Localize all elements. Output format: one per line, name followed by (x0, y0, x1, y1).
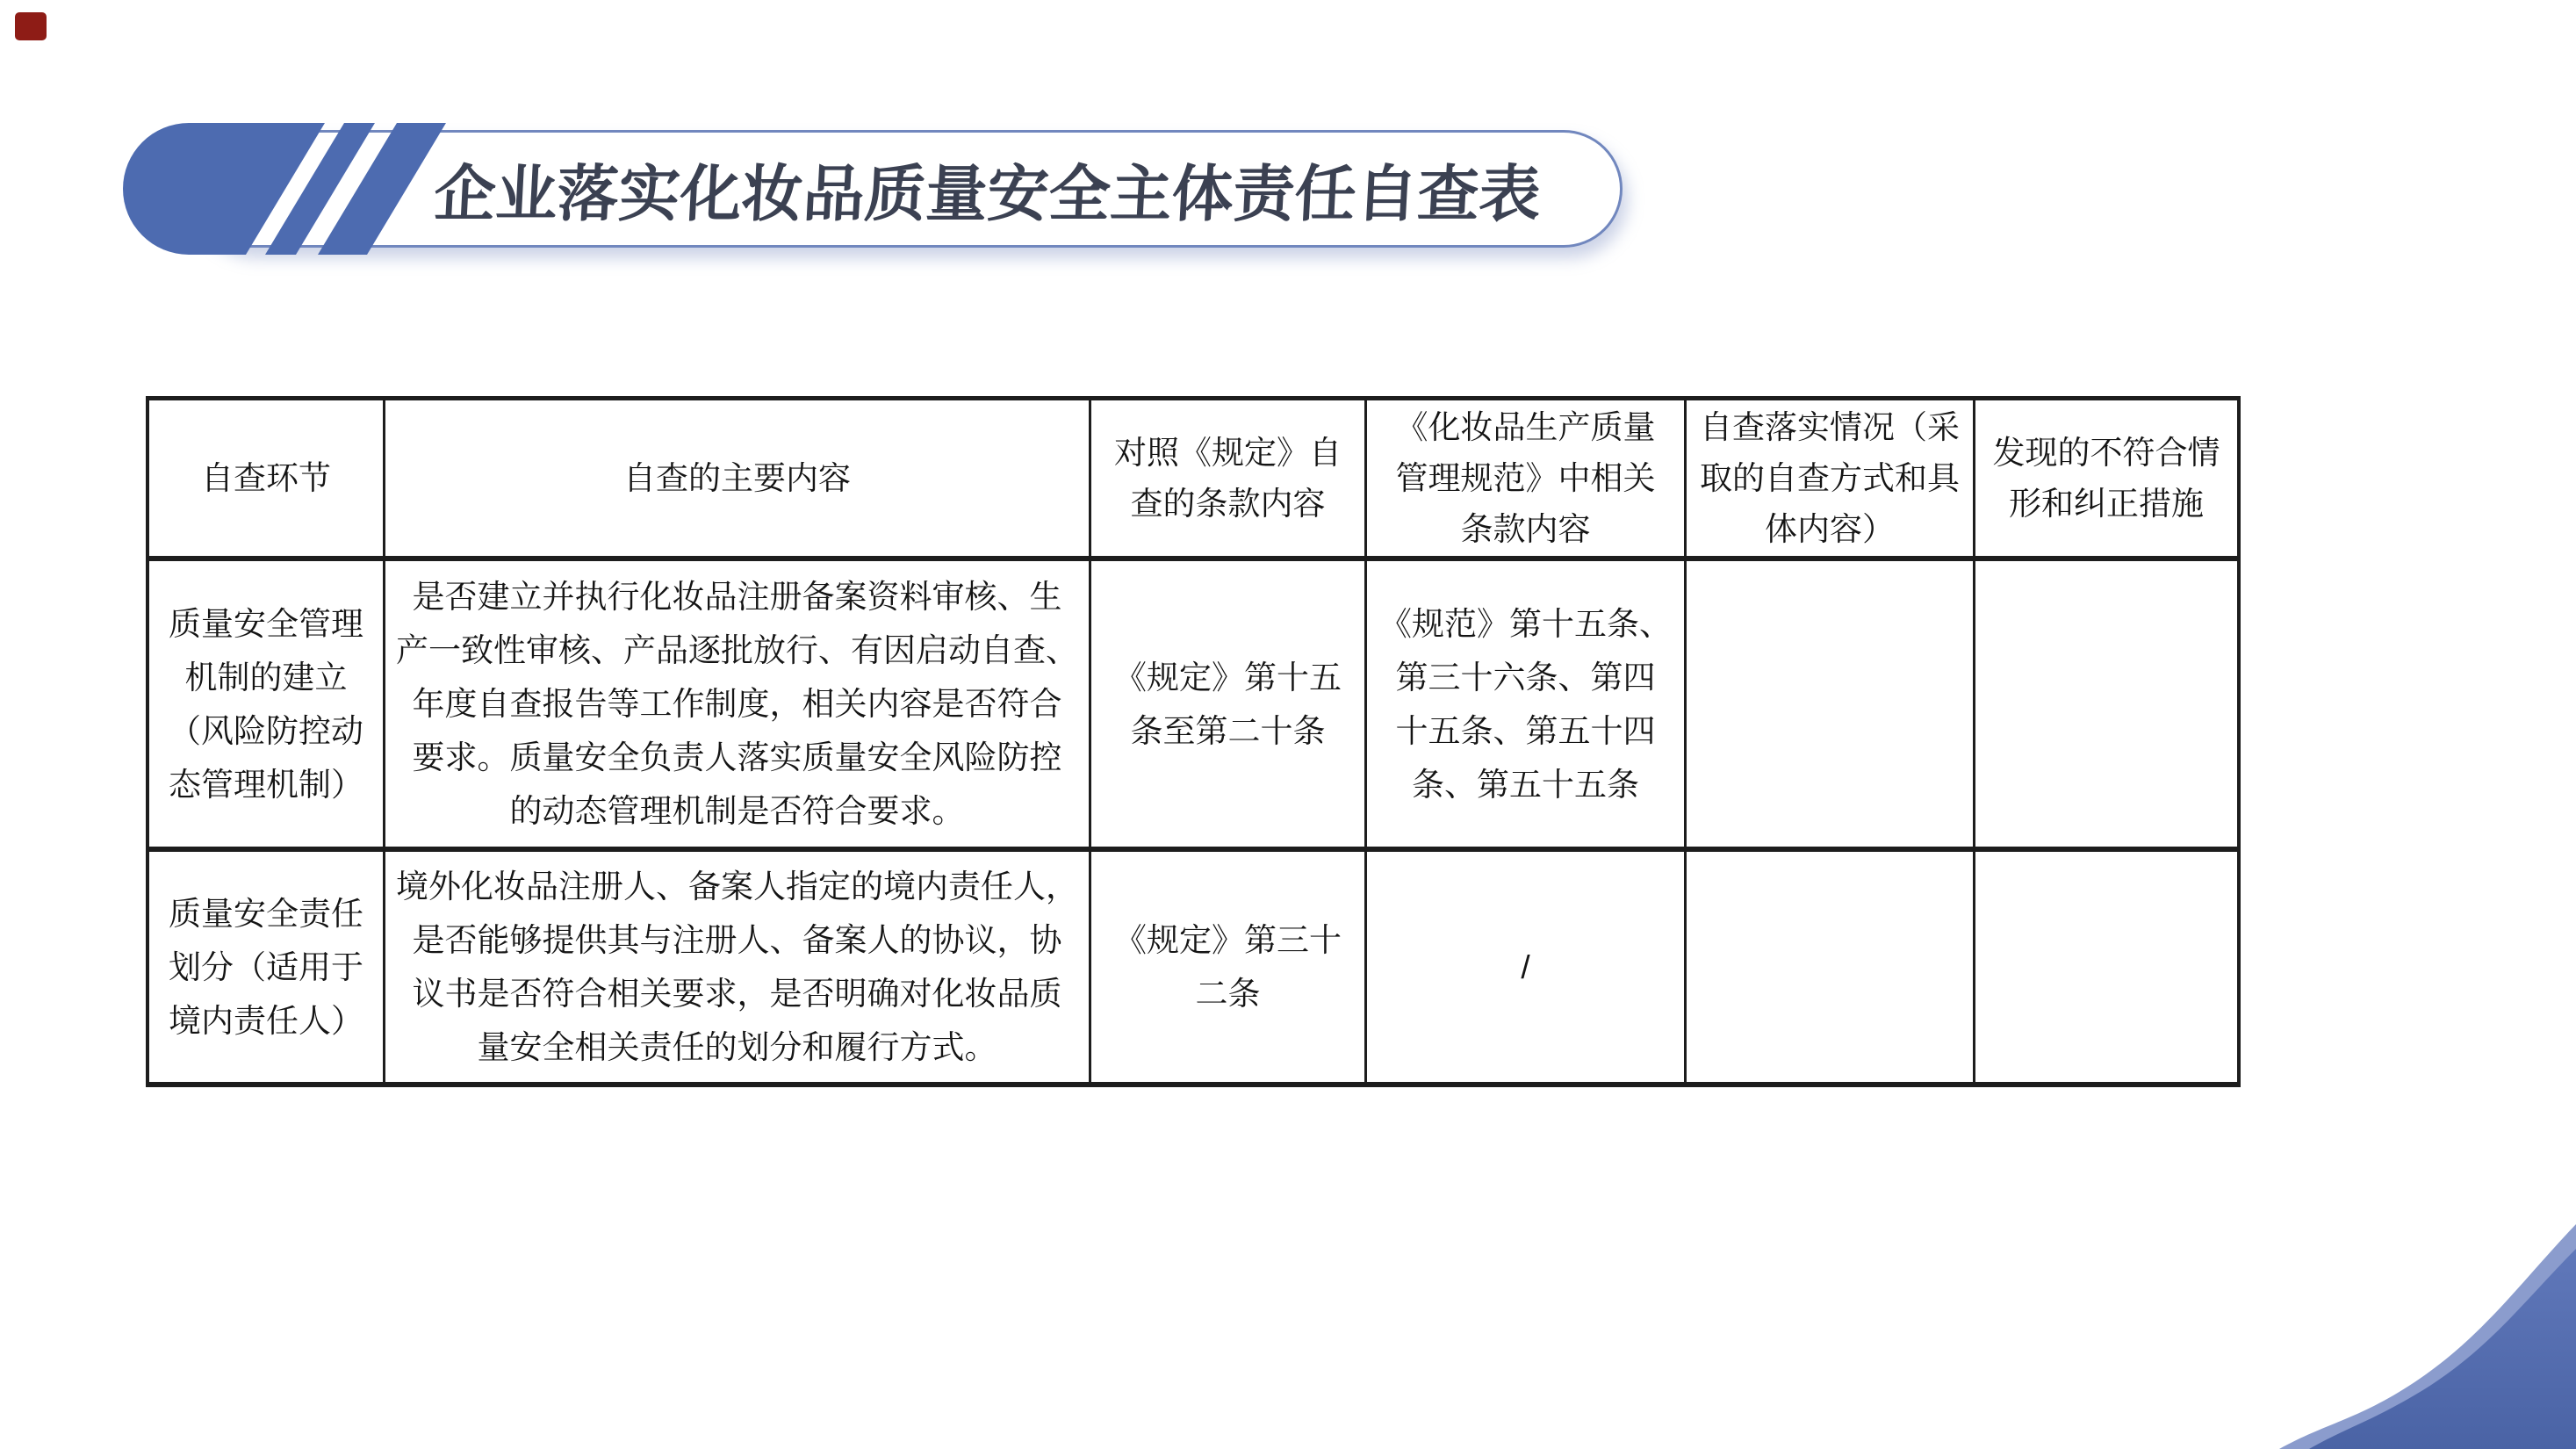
table-row2-main-content: 境外化妆品注册人、备案人指定的境内责任人， 是否能够提供其与注册人、备案人的协议… (385, 852, 1091, 1087)
header-cell-main-content: 自查的主要内容 (385, 400, 1091, 561)
table-row2-nonconformity (1975, 852, 2241, 1087)
header-cell-step: 自查环节 (149, 400, 385, 561)
table-row1-nonconformity (1975, 561, 2241, 852)
header-cell-gmp-clauses: 《化妆品生产质量 管理规范》中相关 条款内容 (1367, 400, 1687, 561)
table-row1-gmp-clauses: 《规范》第十五条、 第三十六条、第四 十五条、第五十四 条、第五十五条 (1367, 561, 1687, 852)
slide-page: 企业落实化妆品质量安全主体责任自查表 自查环节 自查的主要内容 对照《规定》自 … (0, 0, 2576, 1449)
header-cell-implementation: 自查落实情况（采 取的自查方式和具 体内容） (1687, 400, 1975, 561)
title-banner: 企业落实化妆品质量安全主体责任自查表 (123, 123, 1626, 255)
self-inspection-table: 自查环节 自查的主要内容 对照《规定》自 查的条款内容 《化妆品生产质量 管理规… (146, 396, 2241, 1087)
table-row2-implementation (1687, 852, 1975, 1087)
table-row2-regulation-clauses: 《规定》第三十 二条 (1091, 852, 1367, 1087)
table-row2-gmp-clauses: / (1367, 852, 1687, 1087)
header-cell-regulation-clauses: 对照《规定》自 查的条款内容 (1091, 400, 1367, 561)
corner-red-mark (15, 12, 47, 40)
table-row1-implementation (1687, 561, 1975, 852)
table-row1-regulation-clauses: 《规定》第十五 条至第二十条 (1091, 561, 1367, 852)
page-title: 企业落实化妆品质量安全主体责任自查表 (370, 123, 1606, 255)
table-row1-main-content: 是否建立并执行化妆品注册备案资料审核、生 产一致性审核、产品逐批放行、有因启动自… (385, 561, 1091, 852)
table-row1-step: 质量安全管理 机制的建立 （风险防控动 态管理机制） (149, 561, 385, 852)
table-row2-step: 质量安全责任 划分（适用于 境内责任人） (149, 852, 385, 1087)
bottom-right-wave-decoration (1958, 1077, 2576, 1449)
header-cell-nonconformity: 发现的不符合情 形和纠正措施 (1975, 400, 2241, 561)
